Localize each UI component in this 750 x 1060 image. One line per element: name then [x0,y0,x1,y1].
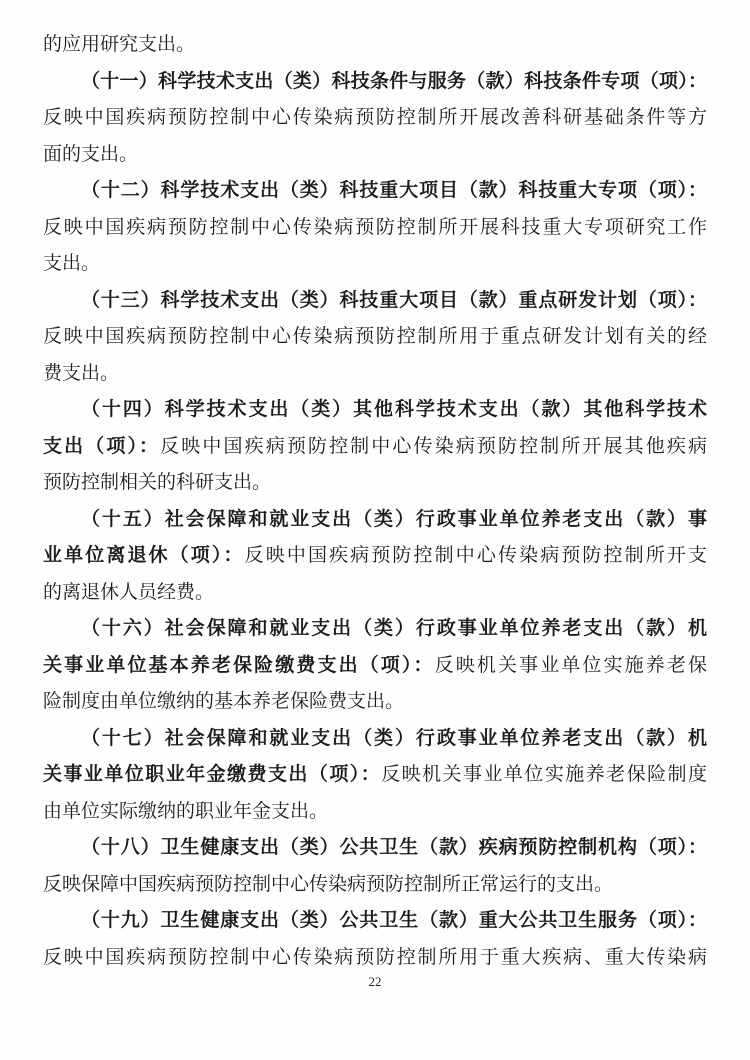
expense-description-text: 的离退休人员经费。 [43,582,214,603]
text-line: 支出。 [43,246,707,283]
expense-description-text: 反映中国疾病预防控制中心传染病预防控制所开支 [245,545,707,566]
expense-category-title: 关事业单位职业年金缴费支出（项）： [43,764,381,785]
text-line: 业单位离退休（项）：反映中国疾病预防控制中心传染病预防控制所开支 [43,538,707,575]
text-line: 面的支出。 [43,137,707,174]
text-line: （十四）科学技术支出（类）其他科学技术支出（款）其他科学技术 [43,392,707,429]
expense-description-text: 费支出。 [43,363,119,384]
text-line: （十五）社会保障和就业支出（类）行政事业单位养老支出（款）事 [43,502,707,539]
text-line: 反映中国疾病预防控制中心传染病预防控制所用于重点研发计划有关的经 [43,319,707,356]
text-line: 险制度由单位缴纳的基本养老保险费支出。 [43,684,707,721]
expense-description-text: 反映机关事业单位实施养老保 [435,655,707,676]
expense-description-text: 反映机关事业单位实施养老保险制度 [381,764,707,785]
expense-category-title: （十六）社会保障和就业支出（类）行政事业单位养老支出（款）机 [81,618,707,639]
expense-category-title: （十九）卫生健康支出（类）公共卫生（款）重大公共卫生服务（项）： [81,910,707,931]
text-line: （十二）科学技术支出（类）科技重大项目（款）科技重大专项（项）： [43,173,707,210]
text-line: 反映中国疾病预防控制中心传染病预防控制所开展科技重大专项研究工作 [43,210,707,247]
expense-category-title: （十七）社会保障和就业支出（类）行政事业单位养老支出（款）机 [81,728,707,749]
text-line: 反映中国疾病预防控制中心传染病预防控制所用于重大疾病、重大传染病 [43,940,707,977]
text-line: 关事业单位基本养老保险缴费支出（项）：反映机关事业单位实施养老保 [43,648,707,685]
text-line: （十九）卫生健康支出（类）公共卫生（款）重大公共卫生服务（项）： [43,903,707,940]
expense-description-text: 反映中国疾病预防控制中心传染病预防控制所用于重点研发计划有关的经 [43,326,707,347]
expense-description-text: 面的支出。 [43,144,138,165]
expense-description-text: 支出。 [43,253,100,274]
text-line: 反映中国疾病预防控制中心传染病预防控制所开展改善科研基础条件等方 [43,100,707,137]
expense-description-text: 反映中国疾病预防控制中心传染病预防控制所开展改善科研基础条件等方 [43,107,707,128]
expense-description-text: 反映中国疾病预防控制中心传染病预防控制所用于重大疾病、重大传染病 [43,947,707,968]
text-line: 的离退休人员经费。 [43,575,707,612]
expense-category-title: 支出（项）： [43,436,160,457]
expense-description-text: 预防控制相关的科研支出。 [43,472,271,493]
page-number: 22 [0,974,750,990]
expense-description-text: 的应用研究支出。 [43,34,195,55]
expense-description-text: 反映中国疾病预防控制中心传染病预防控制所开展科技重大专项研究工作 [43,217,707,238]
text-line: （十一）科学技术支出（类）科技条件与服务（款）科技条件专项（项）： [43,64,707,101]
text-line: 反映保障中国疾病预防控制中心传染病预防控制所正常运行的支出。 [43,867,707,904]
expense-category-title: （十一）科学技术支出（类）科技条件与服务（款）科技条件专项（项）： [81,71,707,92]
text-line: 费支出。 [43,356,707,393]
text-line: 关事业单位职业年金缴费支出（项）：反映机关事业单位实施养老保险制度 [43,757,707,794]
document-content: 的应用研究支出。（十一）科学技术支出（类）科技条件与服务（款）科技条件专项（项）… [43,27,707,976]
expense-description-text: 险制度由单位缴纳的基本养老保险费支出。 [43,691,404,712]
expense-category-title: （十三）科学技术支出（类）科技重大项目（款）重点研发计划（项）： [81,290,707,311]
expense-category-title: （十四）科学技术支出（类）其他科学技术支出（款）其他科学技术 [81,399,707,420]
expense-description-text: 反映保障中国疾病预防控制中心传染病预防控制所正常运行的支出。 [43,874,613,895]
text-line: 的应用研究支出。 [43,27,707,64]
expense-description-text: 反映中国疾病预防控制中心传染病预防控制所开展其他疾病 [160,436,707,457]
text-line: （十八）卫生健康支出（类）公共卫生（款）疾病预防控制机构（项）： [43,830,707,867]
expense-category-title: 关事业单位基本养老保险缴费支出（项）： [43,655,435,676]
expense-description-text: 由单位实际缴纳的职业年金支出。 [43,801,328,822]
document-page: 的应用研究支出。（十一）科学技术支出（类）科技条件与服务（款）科技条件专项（项）… [0,0,750,1060]
expense-category-title: 业单位离退休（项）： [43,545,245,566]
expense-category-title: （十八）卫生健康支出（类）公共卫生（款）疾病预防控制机构（项）： [81,837,707,858]
expense-category-title: （十五）社会保障和就业支出（类）行政事业单位养老支出（款）事 [81,509,707,530]
expense-category-title: （十二）科学技术支出（类）科技重大项目（款）科技重大专项（项）： [81,180,707,201]
text-line: 支出（项）：反映中国疾病预防控制中心传染病预防控制所开展其他疾病 [43,429,707,466]
text-line: （十七）社会保障和就业支出（类）行政事业单位养老支出（款）机 [43,721,707,758]
text-line: （十三）科学技术支出（类）科技重大项目（款）重点研发计划（项）： [43,283,707,320]
text-line: 预防控制相关的科研支出。 [43,465,707,502]
text-line: 由单位实际缴纳的职业年金支出。 [43,794,707,831]
text-line: （十六）社会保障和就业支出（类）行政事业单位养老支出（款）机 [43,611,707,648]
